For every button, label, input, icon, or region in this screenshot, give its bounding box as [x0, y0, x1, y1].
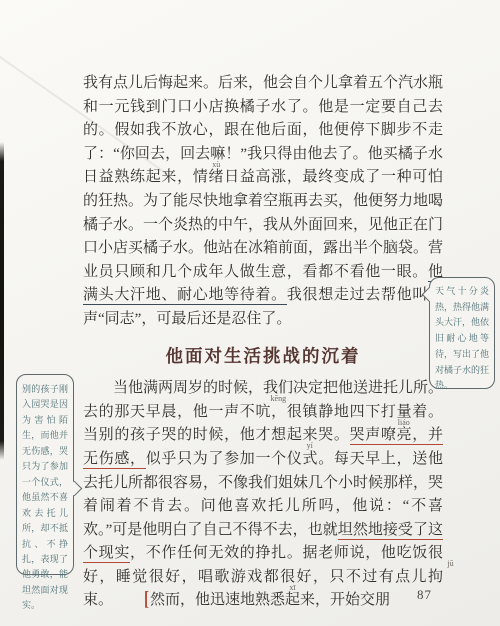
text-segment: 起来，开始交朋 — [285, 592, 390, 608]
margin-note-right-text: 天气十分炎热，热得他满头大汗，他依旧耐心地等待，写出了他对橘子水的狂热。 — [435, 286, 489, 390]
text-segment: 然而，他迅速地熟 — [150, 592, 270, 608]
text-with-pinyin: 吭kēng — [255, 404, 271, 420]
bracket: [ — [114, 585, 149, 617]
text-segment: 束。 — [83, 592, 113, 608]
binding-shadow — [0, 142, 4, 460]
page-body: 我有点儿后悔起来。后来，他会自个儿拿着五个汽水瓶和一元钱到门口小店换橘子水了。他… — [83, 72, 443, 613]
text-with-pinyin: 绪xù — [208, 169, 224, 185]
pinyin-annotation: xī — [259, 584, 295, 592]
margin-note-left-text: 别的孩子刚入园哭是因为害怕陌生，而他并无伤感，哭只为了参加一个仪式，他虽然不喜欢… — [22, 384, 68, 610]
pinyin-annotation: xù — [212, 161, 220, 169]
text-segment: 日益高涨，最终变成了一种可怕的狂热。为了能尽快地拿着空瓶再去买，他便努力地喝橘子… — [83, 169, 443, 279]
pinyin-annotation: yí — [277, 442, 313, 450]
text-with-pinyin: 悉xī — [270, 592, 285, 608]
book-page-photo: 我有点儿后悔起来。后来，他会自个儿拿着五个汽水瓶和一元钱到门口小店换橘子水了。他… — [0, 0, 500, 626]
underlined-text: 哭声 — [350, 427, 381, 445]
section-heading: 他面对生活挑战的沉着 — [83, 345, 443, 369]
text-with-pinyin: 拘jū — [428, 569, 443, 585]
text-with-pinyin: 仪yí — [287, 451, 303, 467]
text-segment: 似乎只为了参加一个 — [146, 451, 287, 467]
pinyin-annotation: liáo — [368, 419, 410, 427]
text-with-pinyin: 嘹liáo — [381, 427, 397, 445]
paragraph-continued: 我有点儿后悔起来。后来，他会自个儿拿着五个汽水瓶和一元钱到门口小店换橘子水了。他… — [83, 72, 443, 332]
pinyin-annotation: jū — [417, 560, 453, 568]
margin-note-left: 别的孩子刚入园哭是因为害怕陌生，而他并无伤感，哭只为了参加一个仪式，他虽然不喜欢… — [16, 374, 74, 575]
margin-note-right: 天气十分炎热，热得他满头大汗，他依旧耐心地等待，写出了他对橘子水的狂热。 — [429, 277, 495, 389]
paragraph-second: 当他满两周岁的时候，我们决定把他送进托儿所。去的那天早晨，他一声不吭kēng，很… — [83, 377, 443, 613]
left-bubble-tail — [66, 481, 82, 497]
text-segment: ，不作任何无效的挣扎。据老师说，他吃饭很好，睡觉很好，唱歌游戏都很好，只不过有点… — [83, 545, 443, 585]
page-number: 87 — [417, 587, 432, 603]
pinyin-annotation: kēng — [241, 395, 287, 403]
